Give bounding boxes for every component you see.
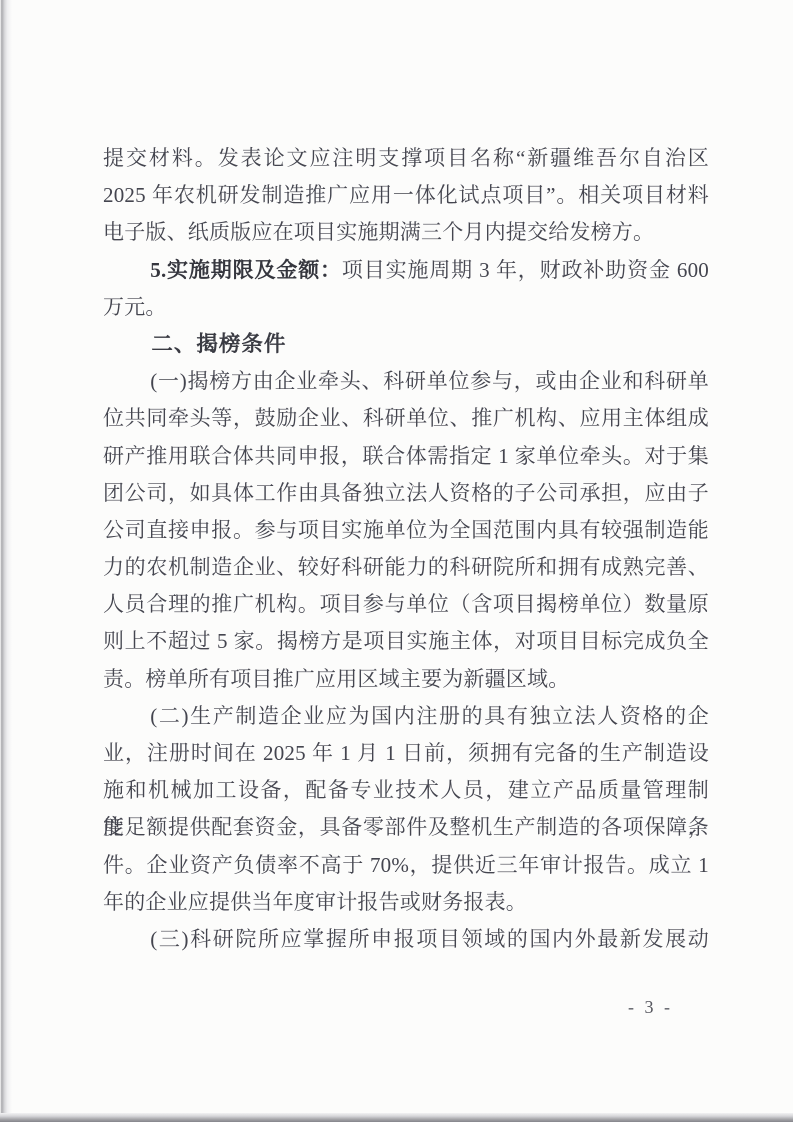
text-line: (二)生产制造企业应为国内注册的具有独立法人资格的企: [103, 698, 709, 735]
text-line: 人员合理的推广机构。项目参与单位（含项目揭榜单位）数量原: [103, 586, 709, 623]
text-line: 施和机械加工设备，配备专业技术人员，建立产品质量管理制度，: [103, 772, 709, 809]
scan-edge-left: [0, 0, 12, 1122]
text-line: 万元。: [103, 289, 709, 326]
text-line: (三)科研院所应掌握所申报项目领域的国内外最新发展动: [103, 921, 709, 958]
paragraph-condition3: (三)科研院所应掌握所申报项目领域的国内外最新发展动: [103, 921, 709, 958]
paragraph-condition2: (二)生产制造企业应为国内注册的具有独立法人资格的企 业，注册时间在 2025 …: [103, 698, 709, 921]
paragraph-intro: 提交材料。发表论文应注明支撑项目名称“新疆维吾尔自治区 2025 年农机研发制造…: [103, 140, 709, 252]
text-line: 研产推用联合体共同申报，联合体需指定 1 家单位牵头。对于集: [103, 438, 709, 475]
text-line: 年的企业应提供当年度审计报告或财务报表。: [103, 884, 709, 921]
text-line: 业，注册时间在 2025 年 1 月 1 日前，须拥有完备的生产制造设: [103, 735, 709, 772]
text-line: 2025 年农机研发制造推广应用一体化试点项目”。相关项目材料: [103, 177, 709, 214]
text-line: (一)揭榜方由企业牵头、科研单位参与，或由企业和科研单: [103, 363, 709, 400]
text-line: 力的农机制造企业、较好科研能力的科研院所和拥有成熟完善、: [103, 549, 709, 586]
text-line: 则上不超过 5 家。揭榜方是项目实施主体，对项目目标完成负全: [103, 623, 709, 660]
page-number: - 3 -: [628, 997, 673, 1018]
text-line: 提交材料。发表论文应注明支撑项目名称“新疆维吾尔自治区: [103, 140, 709, 177]
text-line: 团公司，如具体工作由具备独立法人资格的子公司承担，应由子: [103, 475, 709, 512]
section-heading: 二、揭榜条件: [103, 326, 709, 363]
text-line: 公司直接申报。参与项目实施单位为全国范围内具有较强制造能: [103, 512, 709, 549]
paragraph-item5: 5.实施期限及金额：项目实施周期 3 年，财政补助资金 600 万元。: [103, 252, 709, 326]
text-line: 电子版、纸质版应在项目实施期满三个月内提交给发榜方。: [103, 214, 709, 251]
document-body: 提交材料。发表论文应注明支撑项目名称“新疆维吾尔自治区 2025 年农机研发制造…: [103, 140, 709, 958]
text-line: 5.实施期限及金额：项目实施周期 3 年，财政补助资金 600: [103, 252, 709, 289]
text-line: 件。企业资产负债率不高于 70%，提供近三年审计报告。成立 1: [103, 847, 709, 884]
text-line: 责。榜单所有项目推广应用区域主要为新疆区域。: [103, 661, 709, 698]
text-line: 能足额提供配套资金，具备零部件及整机生产制造的各项保障条: [103, 809, 709, 846]
paragraph-condition1: (一)揭榜方由企业牵头、科研单位参与，或由企业和科研单 位共同牵头等，鼓励企业、…: [103, 363, 709, 698]
text-line: 位共同牵头等，鼓励企业、科研单位、推广机构、应用主体组成: [103, 400, 709, 437]
item5-text: 项目实施周期 3 年，财政补助资金 600: [342, 258, 709, 282]
scan-edge-bottom: [0, 1113, 793, 1122]
item5-bold-label: 5.实施期限及金额：: [150, 258, 342, 282]
document-page: 提交材料。发表论文应注明支撑项目名称“新疆维吾尔自治区 2025 年农机研发制造…: [0, 0, 793, 1122]
